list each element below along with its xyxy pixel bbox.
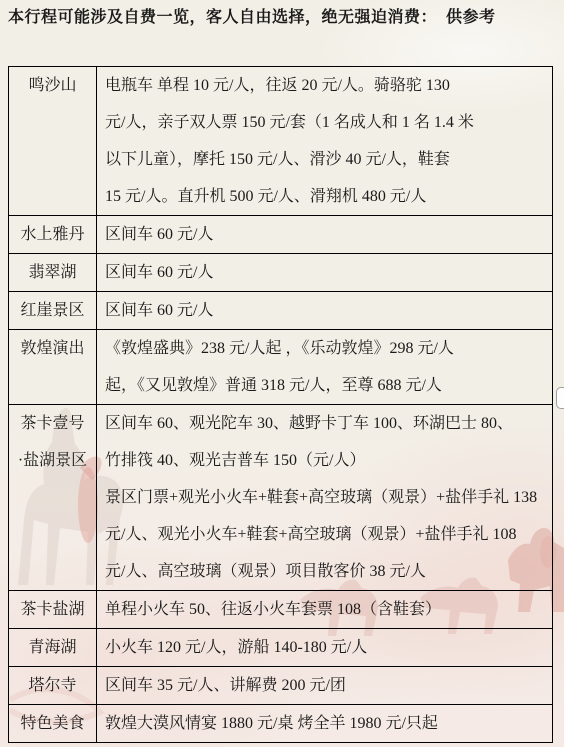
table-row: 茶卡盐湖 单程小火车 50、往返小火车套票 108（含鞋套） (9, 591, 552, 629)
row-label: 塔尔寺 (9, 667, 97, 704)
row-value: 区间车 60 元/人 (97, 216, 552, 253)
row-label: 青海湖 (9, 629, 97, 666)
table-row: 敦煌演出 《敦煌盛典》238 元/人起 ，《乐动敦煌》298 元/人 起，《又见… (9, 330, 552, 405)
row-label: 红崖景区 (9, 292, 97, 329)
row-value: 《敦煌盛典》238 元/人起 ，《乐动敦煌》298 元/人 起，《又见敦煌》普通… (97, 330, 552, 404)
table-row: 红崖景区 区间车 60 元/人 (9, 292, 552, 330)
row-label: 特色美食 (9, 705, 97, 742)
table-row: 翡翠湖 区间车 60 元/人 (9, 254, 552, 292)
row-label: 翡翠湖 (9, 254, 97, 291)
table-row: 茶卡壹号 ·盐湖景区 区间车 60、观光陀车 30、越野卡丁车 100、环湖巴士… (9, 405, 552, 591)
row-value: 小火车 120 元/人，游船 140-180 元/人 (97, 629, 552, 666)
table-row: 水上雅丹 区间车 60 元/人 (9, 216, 552, 254)
self-paid-fee-table: 鸣沙山 电瓶车 单程 10 元/人，往返 20 元/人。骑骆驼 130 元/人，… (8, 66, 553, 743)
row-value: 区间车 35 元/人、讲解费 200 元/团 (97, 667, 552, 704)
page-title: 本行程可能涉及自费一览，客人自由选择，绝无强迫消费： 供参考 (8, 4, 556, 27)
row-label: 鸣沙山 (9, 67, 97, 215)
scrollbar-thumb[interactable] (556, 387, 564, 409)
table-row: 特色美食 敦煌大漠风情宴 1880 元/桌 烤全羊 1980 元/只起 (9, 705, 552, 742)
table-row: 鸣沙山 电瓶车 单程 10 元/人，往返 20 元/人。骑骆驼 130 元/人，… (9, 67, 552, 216)
row-value: 敦煌大漠风情宴 1880 元/桌 烤全羊 1980 元/只起 (97, 705, 552, 742)
row-label: 敦煌演出 (9, 330, 97, 404)
row-label: 水上雅丹 (9, 216, 97, 253)
row-value: 区间车 60 元/人 (97, 254, 552, 291)
row-value: 区间车 60 元/人 (97, 292, 552, 329)
row-label: 茶卡盐湖 (9, 591, 97, 628)
row-value: 电瓶车 单程 10 元/人，往返 20 元/人。骑骆驼 130 元/人，亲子双人… (97, 67, 552, 215)
row-value: 区间车 60、观光陀车 30、越野卡丁车 100、环湖巴士 80、 竹排筏 40… (97, 405, 552, 590)
table-row: 青海湖 小火车 120 元/人，游船 140-180 元/人 (9, 629, 552, 667)
table-row: 塔尔寺 区间车 35 元/人、讲解费 200 元/团 (9, 667, 552, 705)
row-value: 单程小火车 50、往返小火车套票 108（含鞋套） (97, 591, 552, 628)
row-label: 茶卡壹号 ·盐湖景区 (9, 405, 97, 590)
